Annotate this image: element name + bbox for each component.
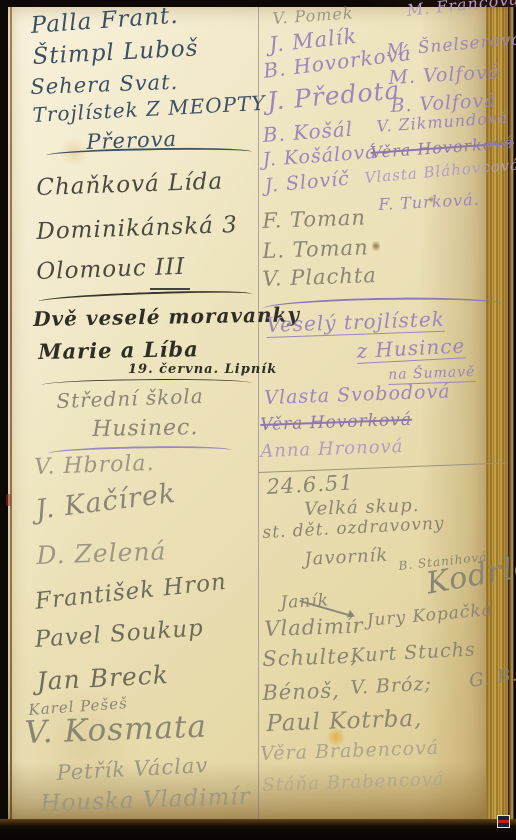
numeral-underline [150, 288, 190, 290]
signature: Vladimír [264, 615, 364, 642]
signature: Marie a Líba [38, 337, 199, 363]
signature: Javorník [304, 546, 389, 570]
signature: Schulte, [262, 645, 358, 671]
binding-edge [10, 7, 12, 819]
scanned-guestbook-page: Palla Frant. Štimpl Luboš Sehera Svat. T… [0, 0, 516, 840]
column-divider-rule [258, 7, 259, 819]
signature: D. Zelená [36, 537, 167, 569]
scan-border-bottom [0, 819, 516, 840]
signature: V. Kosmata [24, 710, 207, 750]
book-cover-edge [508, 0, 516, 840]
signature: V. Hbrola. [34, 452, 155, 480]
signature: V. Plachta [262, 264, 377, 291]
signature: Střední škola [56, 385, 204, 412]
signature: Bénoš, [262, 679, 340, 705]
signature: F. Toman [262, 206, 366, 233]
floppy-disk-icon[interactable] [497, 815, 510, 828]
signature: V. Bróz; [350, 674, 432, 699]
date-entry: 24.6.51 [266, 471, 354, 499]
signature: Dvě veselé moravanky [33, 303, 300, 330]
signature: L. Toman [262, 236, 369, 263]
book-page-edges [486, 4, 508, 836]
signature: Olomouc III [36, 255, 186, 285]
signature: Husinec. [92, 416, 199, 442]
date-note: 19. června. Lipník [128, 363, 277, 377]
